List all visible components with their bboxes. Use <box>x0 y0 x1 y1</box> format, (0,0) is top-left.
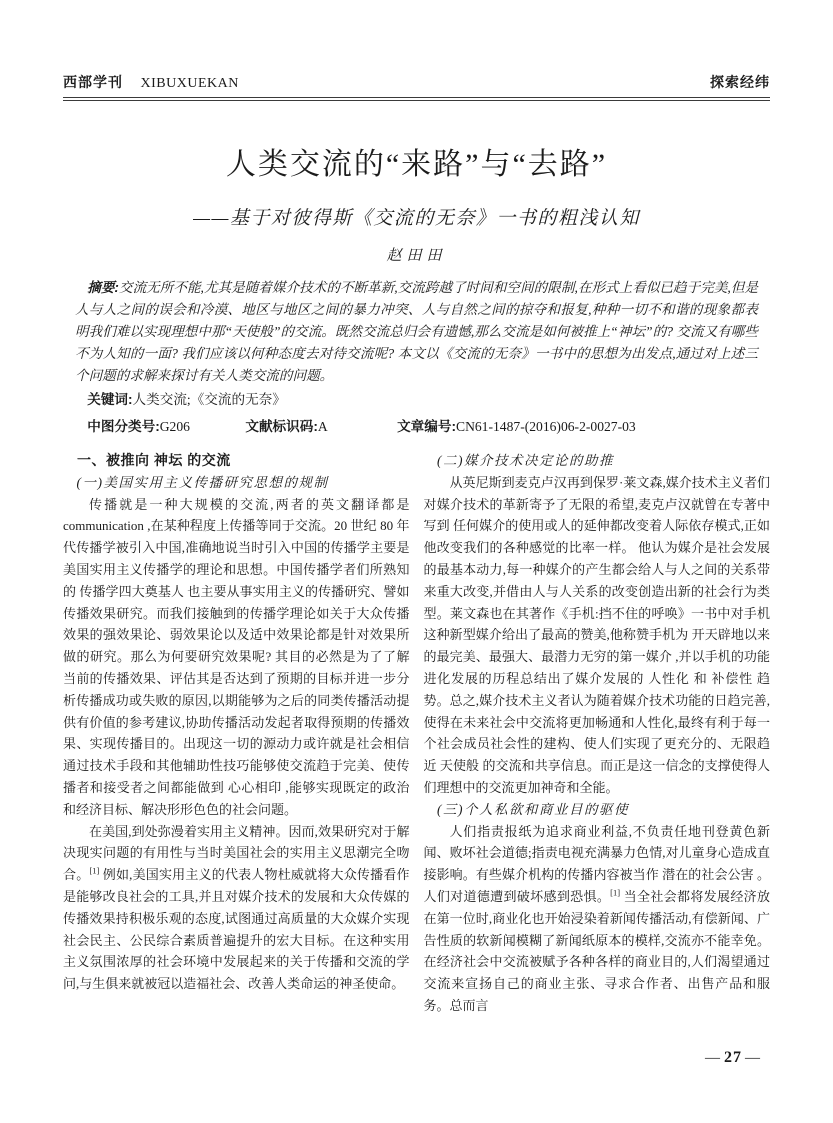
article-title: 人类交流的“来路”与“去路” <box>63 139 770 183</box>
meta-line: 中图分类号:G206 文献标识码:A 文章编号:CN61-1487-(2016)… <box>75 416 758 438</box>
page-number: —27— <box>705 1049 761 1067</box>
running-head: 西部学刊 XIBUXUEKAN 探索经纬 <box>63 72 770 92</box>
article-subtitle: ——基于对彼得斯《交流的无奈》一书的粗浅认知 <box>63 203 770 230</box>
subsection-heading: (二)媒介技术决定论的助推 <box>424 450 771 472</box>
body-paragraph: 在美国,到处弥漫着实用主义精神。因而,效果研究对于解决现实问题的有用性与当时美国… <box>63 821 410 995</box>
section-name: 探索经纬 <box>710 72 770 92</box>
author-name: 赵田田 <box>63 244 770 265</box>
body-paragraph: 传播就是一种大规模的交流,两者的英文翻译都是 communication ,在某… <box>63 494 410 821</box>
page-number-value: 27 <box>724 1049 742 1066</box>
abstract: 摘要:交流无所不能,尤其是随着媒介技术的不断革新,交流跨越了时间和空间的限制,在… <box>75 277 758 387</box>
clc-value: G206 <box>160 419 190 434</box>
journal-page: 西部学刊 XIBUXUEKAN 探索经纬 人类交流的“来路”与“去路” ——基于… <box>0 0 833 1123</box>
citation-marker: [1] <box>610 888 620 898</box>
journal-name-cn: 西部学刊 <box>63 74 123 90</box>
keywords-text: 人类交流;《交流的无奈》 <box>133 392 286 407</box>
document-code-label: 文献标识码: <box>245 419 318 434</box>
keywords: 关键词:人类交流;《交流的无奈》 <box>75 389 758 411</box>
left-column: 一、被推向 神坛 的交流(一)美国实用主义传播研究思想的规制传播就是一种大规模的… <box>63 450 410 1017</box>
article-body: 一、被推向 神坛 的交流(一)美国实用主义传播研究思想的规制传播就是一种大规模的… <box>63 450 770 1017</box>
section-heading: 一、被推向 神坛 的交流 <box>63 450 410 472</box>
journal-name: 西部学刊 XIBUXUEKAN <box>63 72 239 92</box>
page-number-dash-right: — <box>745 1050 761 1066</box>
citation-marker: [1] <box>89 866 99 876</box>
journal-name-en: XIBUXUEKAN <box>141 76 239 91</box>
body-paragraph: 人们指责报纸为追求商业利益,不负责任地刊登黄色新闻、败坏社会道德;指责电视充满暴… <box>424 821 771 1017</box>
subsection-heading: (三)个人私欲和商业目的驱使 <box>424 799 771 821</box>
article-id: 文章编号:CN61-1487-(2016)06-2-0027-03 <box>397 419 636 434</box>
document-code: 文献标识码:A <box>245 419 327 434</box>
abstract-label: 摘要: <box>87 280 119 295</box>
page-number-dash-left: — <box>705 1050 721 1066</box>
body-paragraph: 从英尼斯到麦克卢汉再到保罗·莱文森,媒介技术主义者们对媒介技术的革新寄予了无限的… <box>424 472 771 799</box>
article-id-label: 文章编号: <box>397 419 456 434</box>
clc-label: 中图分类号: <box>87 419 160 434</box>
document-code-value: A <box>318 419 328 434</box>
article-id-value: CN61-1487-(2016)06-2-0027-03 <box>456 419 636 434</box>
subsection-heading: (一)美国实用主义传播研究思想的规制 <box>63 472 410 494</box>
clc-number: 中图分类号:G206 <box>87 419 190 434</box>
front-matter: 摘要:交流无所不能,尤其是随着媒介技术的不断革新,交流跨越了时间和空间的限制,在… <box>75 277 758 438</box>
abstract-text: 交流无所不能,尤其是随着媒介技术的不断革新,交流跨越了时间和空间的限制,在形式上… <box>75 280 758 383</box>
header-divider <box>63 97 770 101</box>
right-column: (二)媒介技术决定论的助推从英尼斯到麦克卢汉再到保罗·莱文森,媒介技术主义者们对… <box>424 450 771 1017</box>
keywords-label: 关键词: <box>87 392 132 407</box>
